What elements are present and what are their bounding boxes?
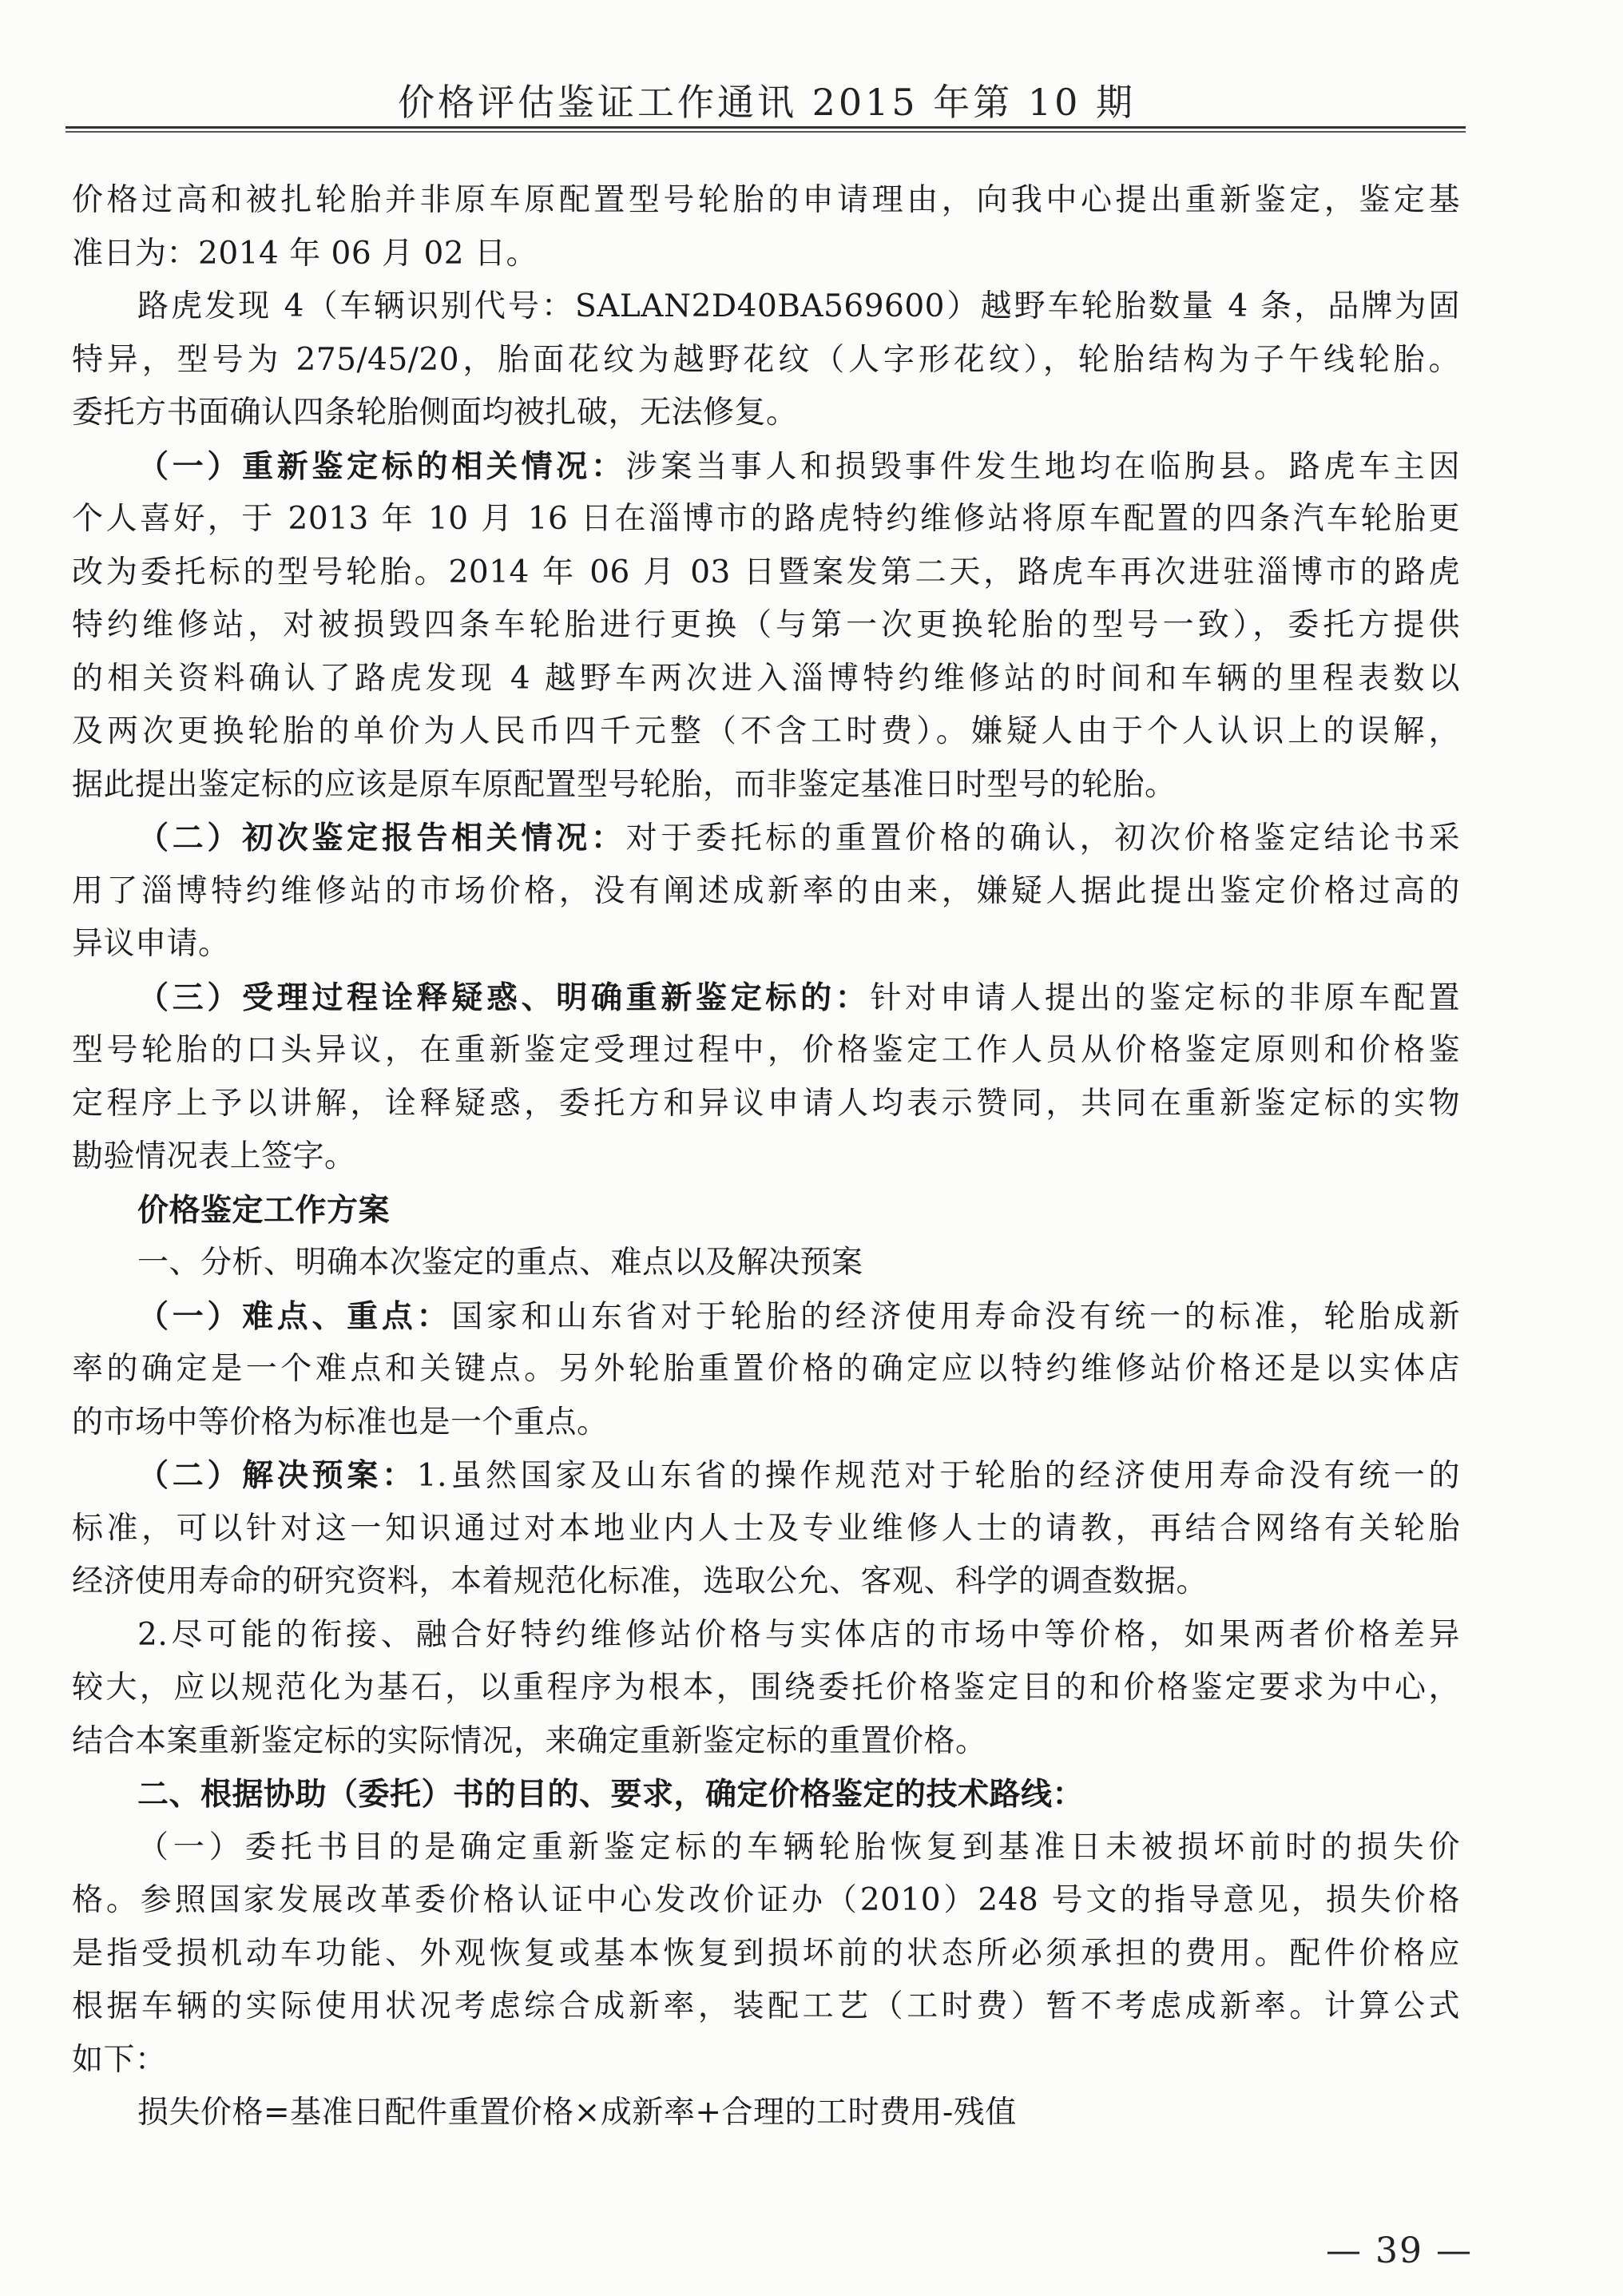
text-line: （一）重新鉴定标的相关情况：涉案当事人和损毁事件发生地均在临朐县。路虎车主因 [72, 440, 1460, 494]
line-text: 定程序上予以讲解，诠释疑惑，委托方和异议申请人均表示赞同，共同在重新鉴定标的实物 [72, 1086, 1460, 1122]
line-text: 价格鉴定工作方案 [137, 1192, 390, 1229]
text-line: （二）解决预案：1.虽然国家及山东省的操作规范对于轮胎的经济使用寿命没有统一的 [72, 1449, 1460, 1503]
line-text: 路虎发现 4（车辆识别代号：SALAN2D40BA569600）越野车轮胎数量 … [137, 288, 1460, 324]
line-text: 经济使用寿命的研究资料，本着规范化标准，选取公允、客观、科学的调查数据。 [72, 1563, 1208, 1599]
line-text: 国家和山东省对于轮胎的经济使用寿命没有统一的标准，轮胎成新 [451, 1299, 1460, 1335]
text-line: 经济使用寿命的研究资料，本着规范化标准，选取公允、客观、科学的调查数据。 [72, 1555, 1460, 1609]
line-text: 准日为：2014 年 06 月 02 日。 [72, 236, 538, 272]
text-line: 一、分析、明确本次鉴定的重点、难点以及解决预案 [72, 1237, 1460, 1290]
line-text: 据此提出鉴定标的应该是原车原配置型号轮胎，而非鉴定基准日时型号的轮胎。 [72, 767, 1177, 803]
paragraph-plan-title: 价格鉴定工作方案 [72, 1184, 1460, 1237]
line-text: 如下： [72, 2042, 167, 2078]
text-line: 异议申请。 [72, 918, 1460, 971]
header-divider [65, 126, 1466, 133]
line-text: 较大，应以规范化为基石，以重程序为根本，围绕委托价格鉴定目的和价格鉴定要求为中心… [72, 1670, 1460, 1706]
text-line: 损失价格=基准日配件重置价格×成新率+合理的工时费用-残值 [72, 2087, 1460, 2140]
paragraph-formula: 损失价格=基准日配件重置价格×成新率+合理的工时费用-残值 [72, 2087, 1460, 2140]
line-text: 的市场中等价格为标准也是一个重点。 [72, 1404, 609, 1440]
line-text: 是指受损机动车功能、外观恢复或基本恢复到损坏前的状态所必须承担的费用。配件价格应 [72, 1936, 1460, 1972]
text-line: 二、根据协助（委托）书的目的、要求，确定价格鉴定的技术路线： [72, 1768, 1460, 1821]
paragraph-solution-2: 2.尽可能的衔接、融合好特约维修站价格与实体店的市场中等价格，如果两者价格差异较… [72, 1609, 1460, 1769]
paragraph-vehicle: 路虎发现 4（车辆识别代号：SALAN2D40BA569600）越野车轮胎数量 … [72, 280, 1460, 440]
line-text: 异议申请。 [72, 926, 230, 962]
text-line: 如下： [72, 2034, 1460, 2087]
article-body: 价格过高和被扎轮胎并非原车原配置型号轮胎的申请理由，向我中心提出重新鉴定，鉴定基… [72, 174, 1460, 2140]
text-line: 定程序上予以讲解，诠释疑惑，委托方和异议申请人均表示赞同，共同在重新鉴定标的实物 [72, 1078, 1460, 1131]
paragraph-intro: 价格过高和被扎轮胎并非原车原配置型号轮胎的申请理由，向我中心提出重新鉴定，鉴定基… [72, 174, 1460, 280]
line-text: 勘验情况表上签字。 [72, 1138, 356, 1174]
text-line: 较大，应以规范化为基石，以重程序为根本，围绕委托价格鉴定目的和价格鉴定要求为中心… [72, 1662, 1460, 1715]
line-text: （一）委托书目的是确定重新鉴定标的车辆轮胎恢复到基准日未被损坏前时的损失价 [137, 1829, 1460, 1865]
line-text: 标准，可以针对这一知识通过对本地业内人士及专业维修人士的请教，再结合网络有关轮胎 [72, 1511, 1460, 1547]
line-text: 用了淄博特约维修站的市场价格，没有阐述成新率的由来，嫌疑人据此提出鉴定价格过高的 [72, 873, 1460, 909]
line-text: 型号轮胎的口头异议，在重新鉴定受理过程中，价格鉴定工作人员从价格鉴定原则和价格鉴 [72, 1032, 1460, 1068]
line-text: 个人喜好，于 2013 年 10 月 16 日在淄博市的路虎特约维修站将原车配置… [72, 501, 1460, 537]
text-line: （一）委托书目的是确定重新鉴定标的车辆轮胎恢复到基准日未被损坏前时的损失价 [72, 1821, 1460, 1875]
text-line: 勘验情况表上签字。 [72, 1130, 1460, 1184]
line-text: 委托方书面确认四条轮胎侧面均被扎破，无法修复。 [72, 395, 798, 431]
text-line: 根据车辆的实际使用状况考虑综合成新率，装配工艺（工时费）暂不考虑成新率。计算公式 [72, 1980, 1460, 2034]
section-heading: （二）解决预案： [137, 1457, 417, 1494]
text-line: 及两次更换轮胎的单价为人民币四千元整（不含工时费）。嫌疑人由于个人认识上的误解， [72, 705, 1460, 759]
text-line: 个人喜好，于 2013 年 10 月 16 日在淄博市的路虎特约维修站将原车配置… [72, 493, 1460, 546]
line-text: 结合本案重新鉴定标的实际情况，来确定重新鉴定标的重置价格。 [72, 1723, 987, 1759]
line-text: 价格过高和被扎轮胎并非原车原配置型号轮胎的申请理由，向我中心提出重新鉴定，鉴定基 [72, 182, 1460, 218]
text-line: 用了淄博特约维修站的市场价格，没有阐述成新率的由来，嫌疑人据此提出鉴定价格过高的 [72, 865, 1460, 919]
text-line: 特异，型号为 275/45/20，胎面花纹为越野花纹（人字形花纹），轮胎结构为子… [72, 334, 1460, 387]
text-line: 的相关资料确认了路虎发现 4 越野车两次进入淄博特约维修站的时间和车辆的里程表数… [72, 653, 1460, 706]
line-text: 针对申请人提出的鉴定标的非原车配置 [870, 980, 1460, 1016]
text-line: 价格鉴定工作方案 [72, 1184, 1460, 1237]
journal-header-title: 价格评估鉴证工作通讯 2015 年第 10 期 [0, 73, 1534, 126]
text-line: 价格过高和被扎轮胎并非原车原配置型号轮胎的申请理由，向我中心提出重新鉴定，鉴定基 [72, 174, 1460, 228]
line-text: 对于委托标的重置价格的确认，初次价格鉴定结论书采 [626, 820, 1460, 856]
paragraph-plan-2: 二、根据协助（委托）书的目的、要求，确定价格鉴定的技术路线： [72, 1768, 1460, 1821]
paragraph-plan-1: 一、分析、明确本次鉴定的重点、难点以及解决预案 [72, 1237, 1460, 1290]
text-line: 是指受损机动车功能、外观恢复或基本恢复到损坏前的状态所必须承担的费用。配件价格应 [72, 1928, 1460, 1981]
line-text: 一、分析、明确本次鉴定的重点、难点以及解决预案 [137, 1245, 863, 1281]
text-line: 格。参照国家发展改革委价格认证中心发改价证办（2010）248 号文的指导意见，… [72, 1874, 1460, 1928]
line-text: 率的确定是一个难点和关键点。另外轮胎重置价格的确定应以特约维修站价格还是以实体店 [72, 1351, 1460, 1387]
page-number: — 39 — [1326, 2230, 1473, 2271]
text-line: 2.尽可能的衔接、融合好特约维修站价格与实体店的市场中等价格，如果两者价格差异 [72, 1609, 1460, 1662]
line-text: 1.虽然国家及山东省的操作规范对于轮胎的经济使用寿命没有统一的 [417, 1458, 1460, 1494]
paragraph-section-2: （二）初次鉴定报告相关情况：对于委托标的重置价格的确认，初次价格鉴定结论书采用了… [72, 812, 1460, 971]
text-line: 标准，可以针对这一知识通过对本地业内人士及专业维修人士的请教，再结合网络有关轮胎 [72, 1503, 1460, 1556]
line-text: 特约维修站，对被损毁四条车轮胎进行更换（与第一次更换轮胎的型号一致），委托方提供 [72, 607, 1460, 643]
text-line: 委托方书面确认四条轮胎侧面均被扎破，无法修复。 [72, 387, 1460, 440]
line-text: 改为委托标的型号轮胎。2014 年 06 月 03 日暨案发第二天，路虎车再次进… [72, 554, 1460, 590]
text-line: 改为委托标的型号轮胎。2014 年 06 月 03 日暨案发第二天，路虎车再次进… [72, 546, 1460, 600]
line-text: 格。参照国家发展改革委价格认证中心发改价证办（2010）248 号文的指导意见，… [72, 1882, 1460, 1918]
paragraph-solution: （二）解决预案：1.虽然国家及山东省的操作规范对于轮胎的经济使用寿命没有统一的标… [72, 1449, 1460, 1609]
line-text: 涉案当事人和损毁事件发生地均在临朐县。路虎车主因 [626, 449, 1460, 485]
text-line: 结合本案重新鉴定标的实际情况，来确定重新鉴定标的重置价格。 [72, 1715, 1460, 1769]
section-heading: （三）受理过程诠释疑惑、明确重新鉴定标的： [137, 979, 870, 1016]
paragraph-section-3: （三）受理过程诠释疑惑、明确重新鉴定标的：针对申请人提出的鉴定标的非原车配置型号… [72, 971, 1460, 1184]
paragraph-route: （一）委托书目的是确定重新鉴定标的车辆轮胎恢复到基准日未被损坏前时的损失价格。参… [72, 1821, 1460, 2087]
line-text: 根据车辆的实际使用状况考虑综合成新率，装配工艺（工时费）暂不考虑成新率。计算公式 [72, 1988, 1460, 2024]
line-text: 及两次更换轮胎的单价为人民币四千元整（不含工时费）。嫌疑人由于个人认识上的误解， [72, 713, 1460, 749]
line-text: 的相关资料确认了路虎发现 4 越野车两次进入淄博特约维修站的时间和车辆的里程表数… [72, 661, 1460, 697]
section-heading: （二）初次鉴定报告相关情况： [137, 820, 626, 856]
section-heading: （一）重新鉴定标的相关情况： [137, 448, 626, 485]
text-line: 型号轮胎的口头异议，在重新鉴定受理过程中，价格鉴定工作人员从价格鉴定原则和价格鉴 [72, 1024, 1460, 1078]
text-line: 路虎发现 4（车辆识别代号：SALAN2D40BA569600）越野车轮胎数量 … [72, 280, 1460, 334]
line-text: 二、根据协助（委托）书的目的、要求，确定价格鉴定的技术路线： [137, 1776, 1084, 1813]
text-line: （三）受理过程诠释疑惑、明确重新鉴定标的：针对申请人提出的鉴定标的非原车配置 [72, 971, 1460, 1025]
section-heading: （一）难点、重点： [137, 1298, 451, 1335]
line-text: 特异，型号为 275/45/20，胎面花纹为越野花纹（人字形花纹），轮胎结构为子… [72, 342, 1460, 378]
text-line: （二）初次鉴定报告相关情况：对于委托标的重置价格的确认，初次价格鉴定结论书采 [72, 812, 1460, 865]
text-line: 据此提出鉴定标的应该是原车原配置型号轮胎，而非鉴定基准日时型号的轮胎。 [72, 759, 1460, 812]
text-line: 的市场中等价格为标准也是一个重点。 [72, 1396, 1460, 1450]
text-line: （一）难点、重点：国家和山东省对于轮胎的经济使用寿命没有统一的标准，轮胎成新 [72, 1290, 1460, 1344]
paragraph-difficulty: （一）难点、重点：国家和山东省对于轮胎的经济使用寿命没有统一的标准，轮胎成新率的… [72, 1290, 1460, 1450]
text-line: 率的确定是一个难点和关键点。另外轮胎重置价格的确定应以特约维修站价格还是以实体店 [72, 1343, 1460, 1396]
line-text: 2.尽可能的衔接、融合好特约维修站价格与实体店的市场中等价格，如果两者价格差异 [137, 1617, 1460, 1653]
text-line: 特约维修站，对被损毁四条车轮胎进行更换（与第一次更换轮胎的型号一致），委托方提供 [72, 599, 1460, 653]
line-text: 损失价格=基准日配件重置价格×成新率+合理的工时费用-残值 [137, 2095, 1017, 2131]
text-line: 准日为：2014 年 06 月 02 日。 [72, 228, 1460, 281]
paragraph-section-1: （一）重新鉴定标的相关情况：涉案当事人和损毁事件发生地均在临朐县。路虎车主因个人… [72, 440, 1460, 812]
